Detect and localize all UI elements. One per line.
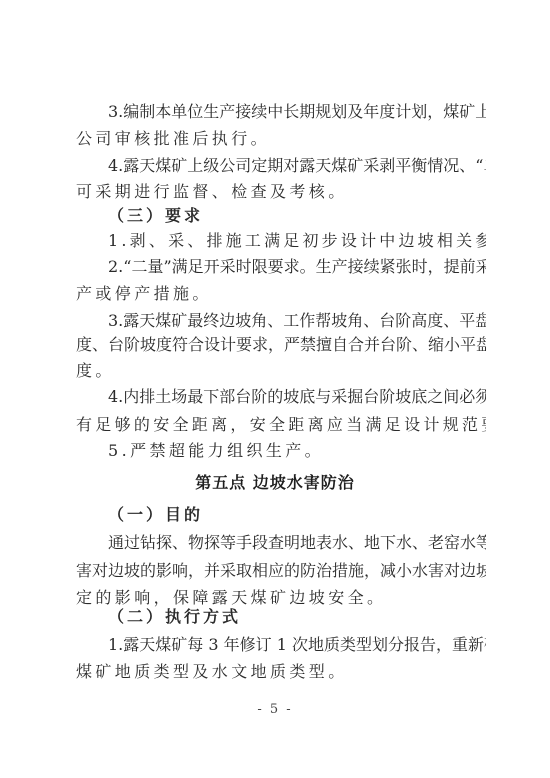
section-title-requirements: （三）要求 <box>108 204 486 228</box>
paragraph-line: 3.露天煤矿最终边坡角、工作帮坡角、台阶高度、平盘宽 <box>108 309 486 333</box>
paragraph-line: 1.露天煤矿每 3 年修订 1 次地质类型划分报告，重新确定 <box>108 633 486 657</box>
paragraph-line: 通过钻探、物探等手段查明地表水、地下水、老窑水等水 <box>108 531 486 555</box>
paragraph-line: 度、台阶坡度符合设计要求，严禁擅自合并台阶、缩小平盘宽 <box>76 333 486 357</box>
section-title-method: （二）执行方式 <box>108 605 486 629</box>
section-title-purpose: （一）目的 <box>108 503 486 527</box>
paragraph-line: 度。 <box>76 359 486 383</box>
chapter-heading: 第五点 边坡水害防治 <box>0 471 550 495</box>
paragraph-line: 产或停产措施。 <box>76 282 486 306</box>
paragraph-line: 1.剥、采、排施工满足初步设计中边坡相关参数要求。 <box>108 229 486 253</box>
paragraph-line: 公司审核批准后执行。 <box>76 127 486 151</box>
paragraph-line: 5.严禁超能力组织生产。 <box>108 439 486 463</box>
paragraph-line: 3.编制本单位生产接续中长期规划及年度计划，煤矿上级 <box>108 100 486 124</box>
paragraph-line: 4.露天煤矿上级公司定期对露天煤矿采剥平衡情况、“二量” <box>108 154 486 178</box>
paragraph-line: 有足够的安全距离，安全距离应当满足设计规范要求。 <box>76 413 486 437</box>
paragraph-line: 4.内排土场最下部台阶的坡底与采掘台阶坡底之间必须留 <box>108 385 486 409</box>
paragraph-line: 煤矿地质类型及水文地质类型。 <box>76 660 486 684</box>
page-number: - 5 - <box>0 700 550 720</box>
paragraph-line: 2.“二量”满足开采时限要求。生产接续紧张时，提前采取降 <box>108 255 486 279</box>
paragraph-line: 可采期进行监督、检查及考核。 <box>76 180 486 204</box>
paragraph-line: 害对边坡的影响，并采取相应的防治措施，减小水害对边坡稳 <box>76 559 486 583</box>
